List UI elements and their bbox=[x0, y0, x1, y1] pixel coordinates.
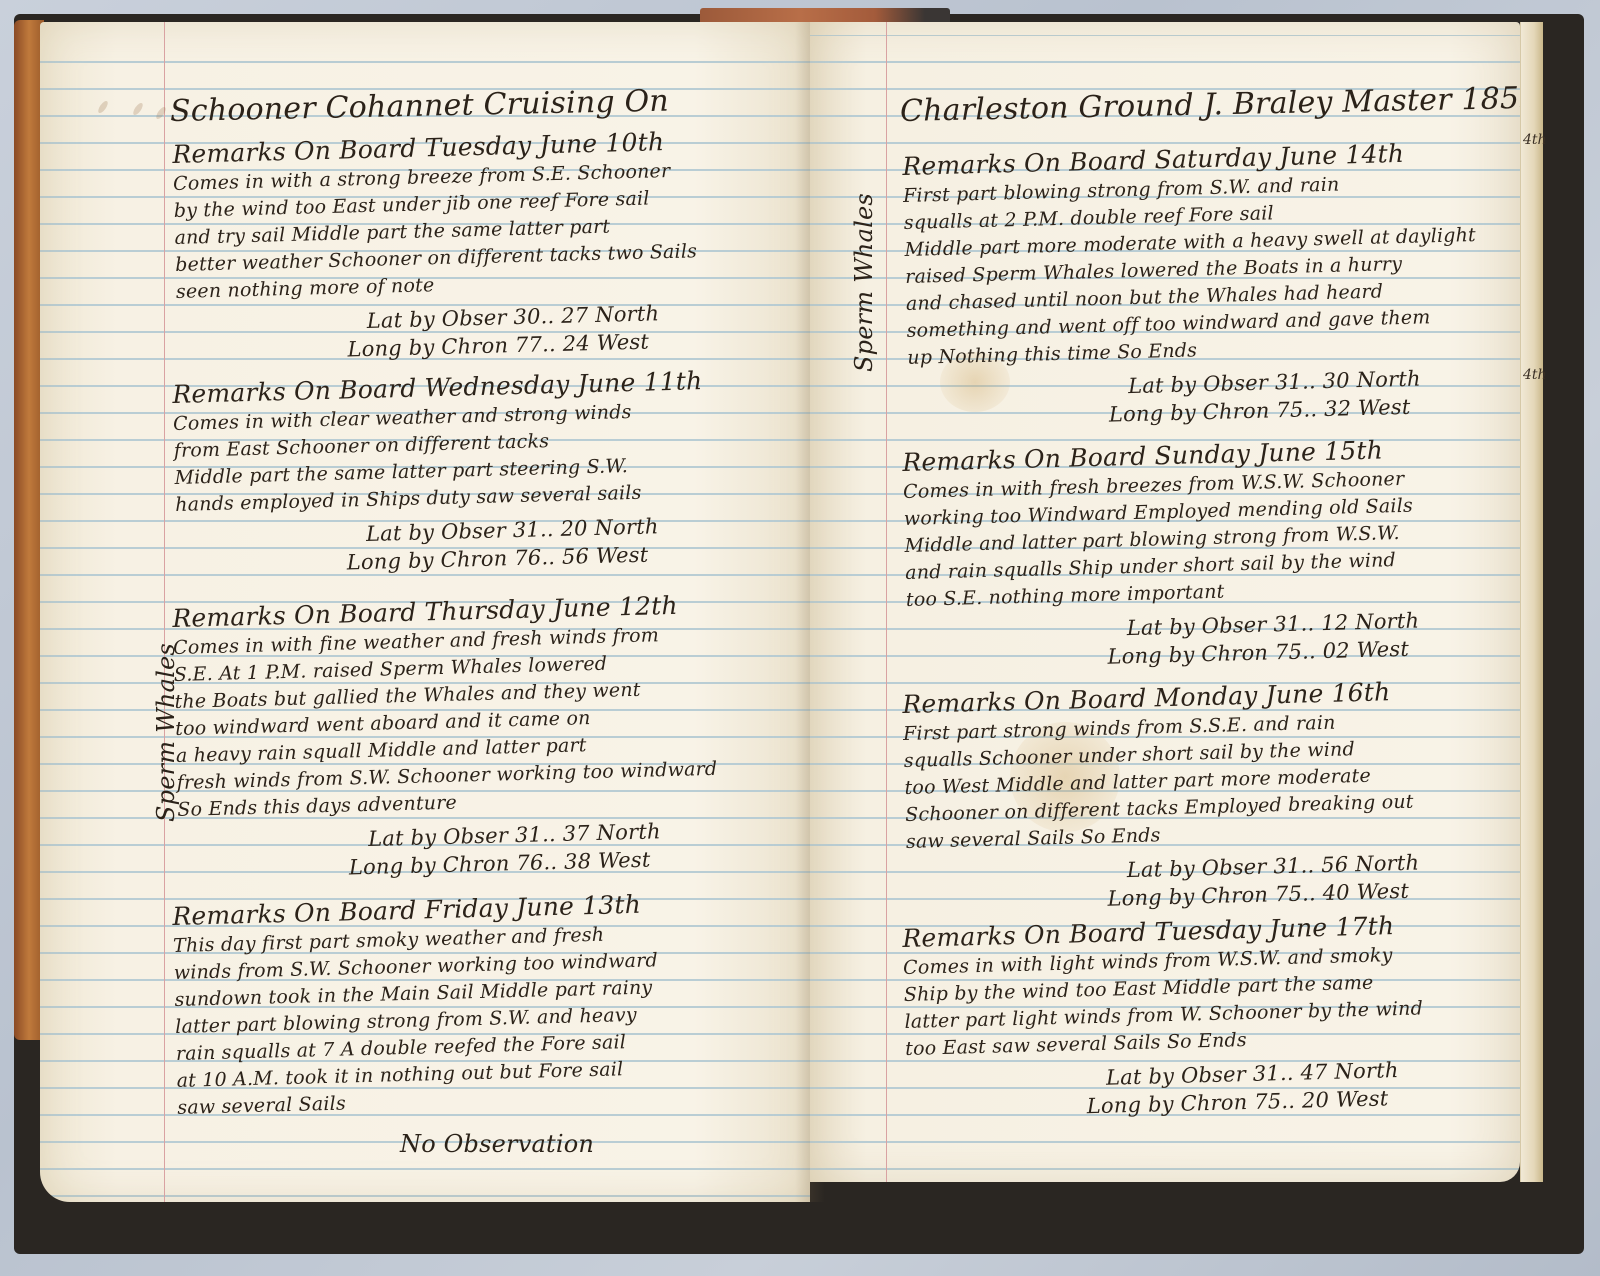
log-entry: Remarks On Board Monday June 16th First … bbox=[902, 677, 1420, 918]
log-entry: Remarks On Board Sunday June 15th Comes … bbox=[902, 435, 1420, 676]
edge-mark: 4th bbox=[1523, 132, 1547, 148]
log-entry: Remarks On Board Tuesday June 17th Comes… bbox=[902, 910, 1426, 1125]
log-entry: Remarks On Board Friday June 13th This d… bbox=[172, 889, 662, 1122]
right-page: Charleston Ground J. Braley Master 1853 … bbox=[810, 22, 1520, 1182]
position-block: Lat by Obser 30.. 27 North Long by Chron… bbox=[366, 298, 699, 363]
margin-rule bbox=[886, 22, 887, 1182]
ink-bleed-mark bbox=[155, 106, 168, 121]
no-observation-note: No Observation bbox=[400, 1130, 594, 1158]
log-entry: Remarks On Board Thursday June 12th Come… bbox=[172, 590, 720, 886]
position-block: Lat by Obser 31.. 37 North Long by Chron… bbox=[368, 816, 720, 881]
underlying-page-edge: 4th 4th bbox=[1520, 22, 1543, 1182]
margin-note-sperm-whales: Sperm Whales bbox=[850, 193, 878, 372]
edge-mark: 4th bbox=[1523, 367, 1547, 383]
ink-bleed-mark bbox=[97, 100, 110, 115]
log-entry: Remarks On Board Saturday June 14th Firs… bbox=[902, 137, 1481, 434]
position-block: Lat by Obser 31.. 20 North Long by Chron… bbox=[366, 511, 708, 576]
position-block: Lat by Obser 31.. 30 North Long by Chron… bbox=[1128, 363, 1481, 428]
page-heading: Charleston Ground J. Braley Master 1853 bbox=[900, 81, 1520, 129]
position-block: Lat by Obser 31.. 12 North Long by Chron… bbox=[1126, 607, 1420, 671]
ink-bleed-mark bbox=[132, 102, 145, 117]
log-entry: Remarks On Board Tuesday June 10th Comes… bbox=[172, 126, 700, 368]
log-entry: Remarks On Board Wednesday June 11th Com… bbox=[172, 366, 707, 581]
left-page: Schooner Cohannet Cruising On Sperm Whal… bbox=[40, 22, 810, 1202]
page-heading: Schooner Cohannet Cruising On bbox=[170, 84, 670, 129]
margin-rule bbox=[164, 22, 165, 1202]
position-block: Lat by Obser 31.. 56 North Long by Chron… bbox=[1126, 849, 1420, 913]
position-block: Lat by Obser 31.. 47 North Long by Chron… bbox=[1106, 1055, 1426, 1119]
